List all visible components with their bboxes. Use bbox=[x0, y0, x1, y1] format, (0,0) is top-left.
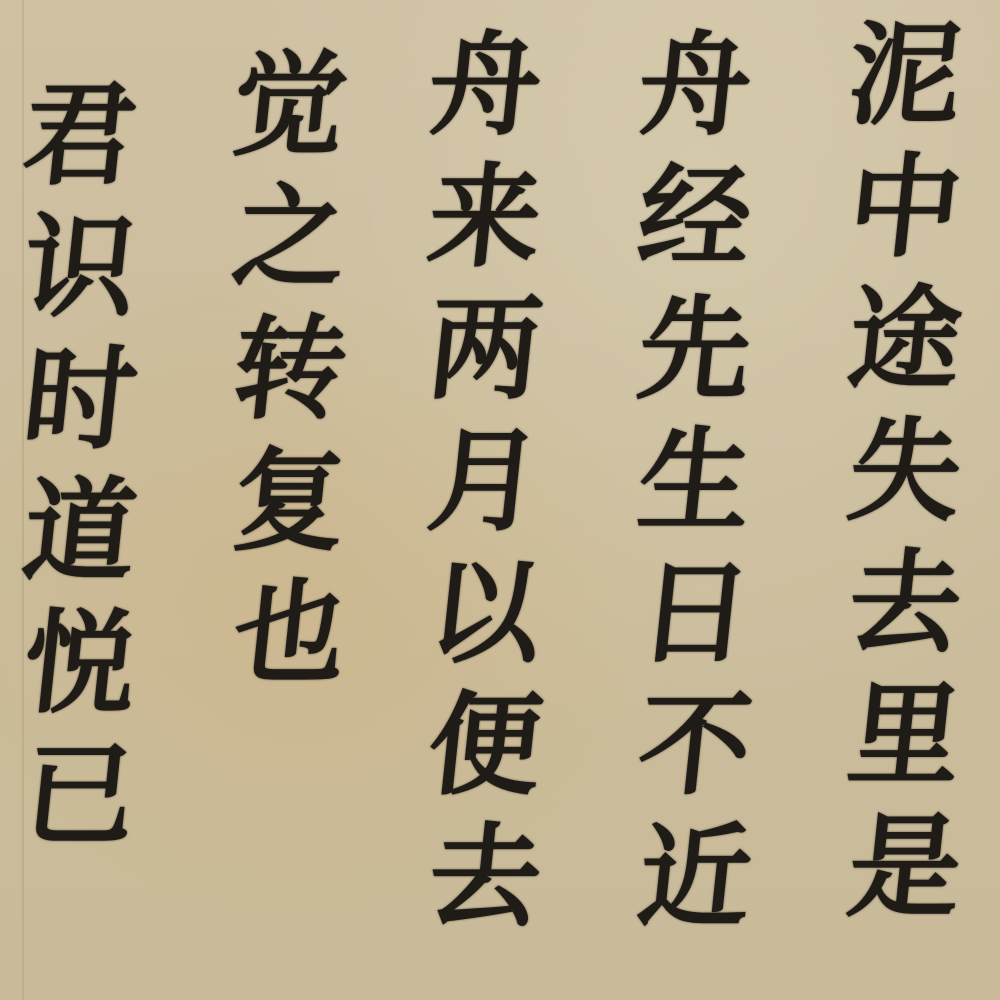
character: 失 bbox=[842, 406, 968, 538]
character: 君 bbox=[17, 70, 143, 202]
character: 已 bbox=[17, 730, 143, 862]
character: 也 bbox=[227, 568, 353, 700]
character: 是 bbox=[842, 802, 968, 934]
character: 悦 bbox=[17, 598, 143, 730]
calligraphy-column-3: 舟 来 两 月 以 便 去 bbox=[420, 20, 550, 944]
character: 之 bbox=[227, 172, 353, 304]
character: 两 bbox=[422, 284, 548, 416]
character: 舟 bbox=[422, 20, 548, 152]
character: 生 bbox=[632, 416, 758, 548]
character: 经 bbox=[632, 152, 758, 284]
character: 途 bbox=[842, 274, 968, 406]
character: 识 bbox=[17, 202, 143, 334]
character: 中 bbox=[842, 142, 968, 274]
character: 月 bbox=[422, 416, 548, 548]
character: 里 bbox=[842, 670, 968, 802]
character: 转 bbox=[227, 304, 353, 436]
calligraphy-column-4: 觉 之 转 复 也 bbox=[225, 40, 355, 700]
character: 舟 bbox=[632, 20, 758, 152]
character: 去 bbox=[842, 538, 968, 670]
character: 近 bbox=[632, 812, 758, 944]
character: 不 bbox=[632, 680, 758, 812]
character: 道 bbox=[17, 466, 143, 598]
character: 来 bbox=[422, 152, 548, 284]
character: 日 bbox=[632, 548, 758, 680]
character: 去 bbox=[422, 812, 548, 944]
character: 先 bbox=[632, 284, 758, 416]
character: 泥 bbox=[842, 10, 968, 142]
calligraphy-column-5: 君 识 时 道 悦 已 bbox=[15, 70, 145, 862]
calligraphy-column-2: 舟 经 先 生 日 不 近 bbox=[630, 20, 760, 944]
character: 复 bbox=[227, 436, 353, 568]
character: 时 bbox=[17, 334, 143, 466]
character: 觉 bbox=[227, 40, 353, 172]
character: 以 bbox=[422, 548, 548, 680]
calligraphy-column-1: 泥 中 途 失 去 里 是 bbox=[840, 10, 970, 934]
character: 便 bbox=[422, 680, 548, 812]
